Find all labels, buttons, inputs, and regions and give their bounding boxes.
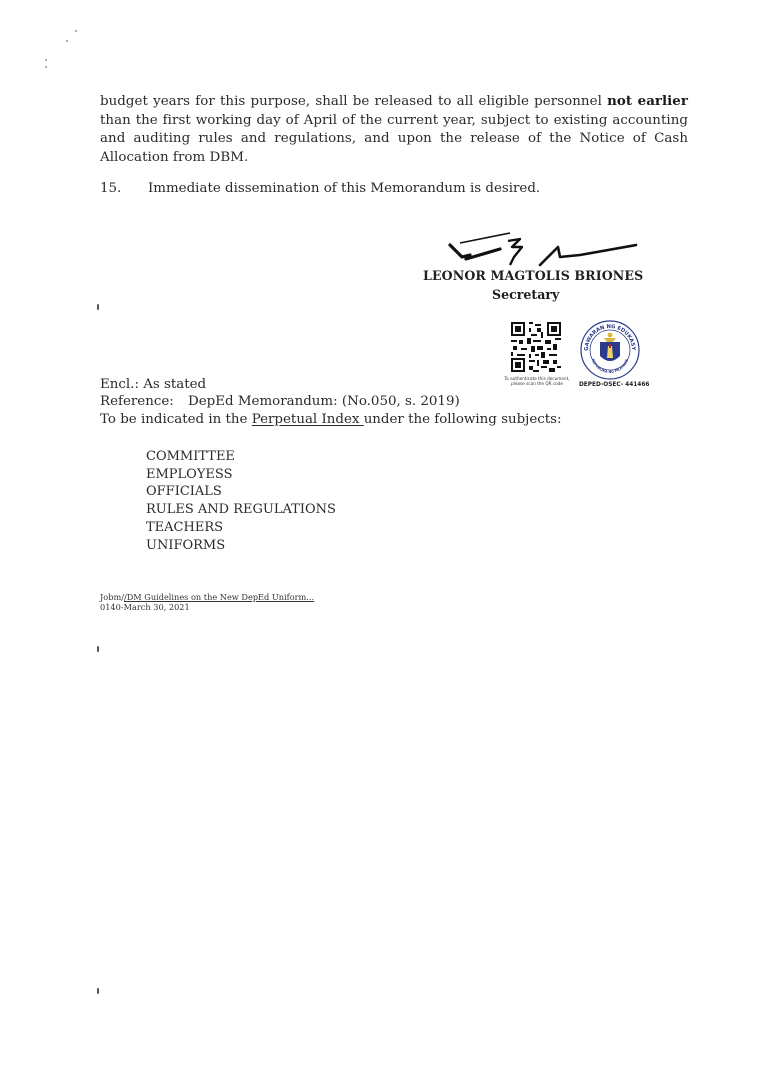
qr-code-icon[interactable] (511, 322, 561, 372)
scan-speck (45, 59, 47, 61)
item-number: 15. (100, 181, 148, 196)
footer-date: 0140-March 30, 2021 (100, 602, 190, 612)
signatory-title: Secretary (492, 287, 559, 302)
index-text: under the following subjects: (364, 412, 562, 427)
item-text: Immediate dissemination of this Memorand… (148, 181, 540, 196)
reference-value: DepEd Memorandum: (No.050, s. 2019) (188, 394, 460, 409)
reference-line: Reference:DepEd Memorandum: (No.050, s. … (100, 394, 460, 409)
deped-seal-icon: KAGAWARAN NG EDUKASYON REPUBLIKA NG PILI… (580, 320, 640, 380)
reference-label: Reference: (100, 394, 188, 409)
footer-prefix: Jobm/ (100, 592, 124, 602)
footer-file-link: /DM Guidelines on the New DepEd Uniform.… (124, 592, 314, 602)
scan-speck (75, 30, 77, 32)
item-15: 15.Immediate dissemination of this Memor… (100, 181, 540, 196)
scan-speck (45, 66, 47, 68)
scan-speck (97, 646, 99, 652)
paragraph-text: budget years for this purpose, shall be … (100, 94, 607, 109)
paragraph-bold-text: not earlier (607, 93, 688, 109)
subject-item: COMMITTEE (146, 448, 336, 466)
footer-reference: Jobm//DM Guidelines on the New DepEd Uni… (100, 592, 314, 602)
subject-list: COMMITTEE EMPLOYESS OFFICIALS RULES AND … (146, 448, 336, 554)
subject-item: UNIFORMS (146, 537, 336, 555)
perpetual-index-line: To be indicated in the Perpetual Index u… (100, 412, 562, 427)
subject-item: OFFICIALS (146, 483, 336, 501)
paragraph-text: than the first working day of April of t… (100, 113, 688, 165)
enclosure-line: Encl.: As stated (100, 376, 206, 394)
scan-speck (97, 304, 99, 310)
scan-speck (97, 988, 99, 994)
seal-code: DEPED-OSEC- 441466 (579, 382, 649, 388)
signatory-name: LEONOR MAGTOLIS BRIONES (423, 268, 643, 283)
subject-item: TEACHERS (146, 519, 336, 537)
scan-speck (66, 40, 68, 42)
qr-caption: To authenticate this document, please sc… (498, 376, 576, 386)
paragraph-continuation: budget years for this purpose, shall be … (100, 92, 688, 167)
perpetual-index-label: Perpetual Index (252, 412, 364, 427)
index-text: To be indicated in the (100, 412, 252, 427)
signature-icon (440, 225, 640, 273)
subject-item: EMPLOYESS (146, 466, 336, 484)
subject-item: RULES AND REGULATIONS (146, 501, 336, 519)
